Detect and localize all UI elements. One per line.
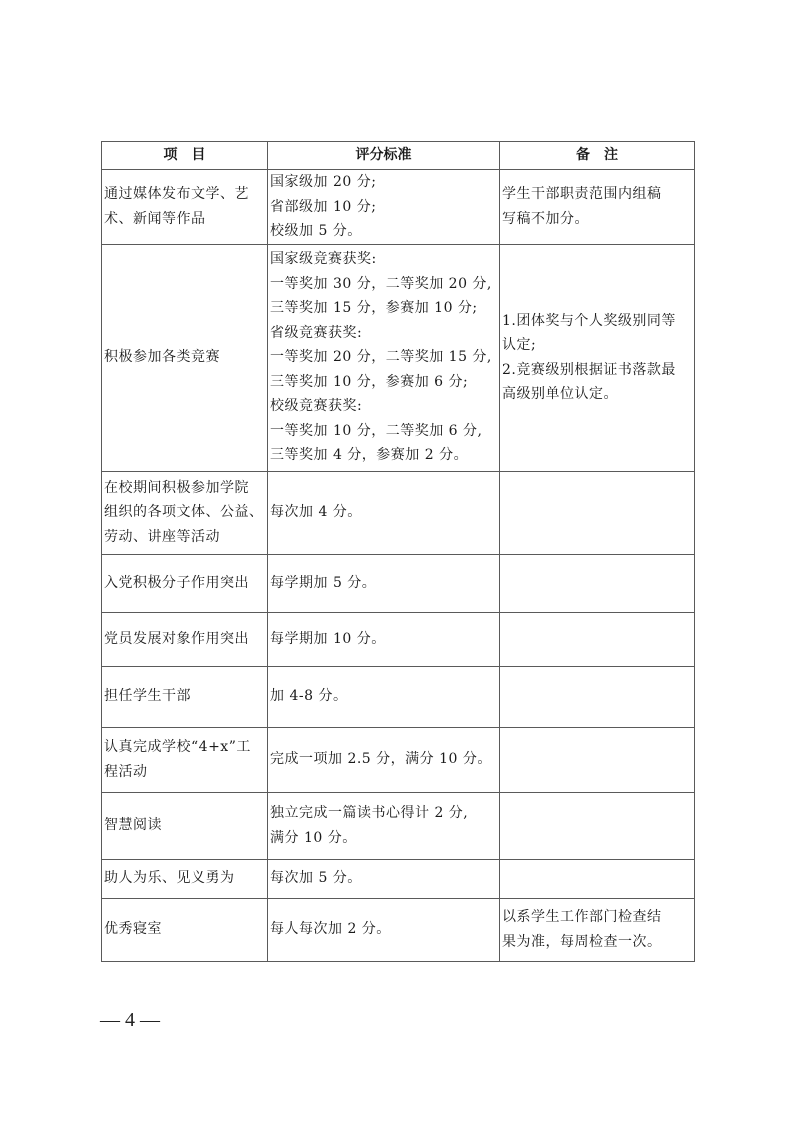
item-cell-line: 认真完成学校“4+x”工 bbox=[104, 735, 265, 760]
criteria-cell-line: 校级竞赛获奖: bbox=[270, 394, 497, 419]
note-cell-line: 果为准，每周检查一次。 bbox=[502, 930, 692, 955]
item-cell-line: 程活动 bbox=[104, 760, 265, 785]
table-row: 入党积极分子作用突出每学期加 5 分。 bbox=[102, 554, 695, 612]
item-cell: 党员发展对象作用突出 bbox=[102, 612, 268, 666]
item-cell-line: 术、新闻等作品 bbox=[104, 207, 265, 232]
table-row: 党员发展对象作用突出每学期加 10 分。 bbox=[102, 612, 695, 666]
criteria-cell: 每次加 4 分。 bbox=[268, 471, 500, 554]
table-row: 助人为乐、见义勇为每次加 5 分。 bbox=[102, 859, 695, 898]
item-cell: 在校期间积极参加学院组织的各项文体、公益、劳动、讲座等活动 bbox=[102, 471, 268, 554]
criteria-cell: 独立完成一篇读书心得计 2 分,满分 10 分。 bbox=[268, 792, 500, 859]
criteria-cell: 国家级加 20 分;省部级加 10 分;校级加 5 分。 bbox=[268, 170, 500, 245]
item-cell-line: 助人为乐、见义勇为 bbox=[104, 866, 265, 891]
item-cell: 通过媒体发布文学、艺术、新闻等作品 bbox=[102, 170, 268, 245]
item-cell: 智慧阅读 bbox=[102, 792, 268, 859]
criteria-cell-line: 省部级加 10 分; bbox=[270, 195, 497, 220]
note-cell-line: 认定; bbox=[502, 333, 692, 358]
table-row: 认真完成学校“4+x”工程活动完成一项加 2.5 分，满分 10 分。 bbox=[102, 727, 695, 792]
note-cell-line: 学生干部职责范围内组稿 bbox=[502, 182, 692, 207]
table-row: 积极参加各类竞赛国家级竞赛获奖:一等奖加 30 分，二等奖加 20 分,三等奖加… bbox=[102, 244, 695, 471]
criteria-cell: 国家级竞赛获奖:一等奖加 30 分，二等奖加 20 分,三等奖加 15 分，参赛… bbox=[268, 244, 500, 471]
item-cell-line: 智慧阅读 bbox=[104, 813, 265, 838]
criteria-cell-line: 省级竞赛获奖: bbox=[270, 321, 497, 346]
item-cell-line: 通过媒体发布文学、艺 bbox=[104, 182, 265, 207]
note-cell bbox=[500, 554, 695, 612]
criteria-cell: 加 4-8 分。 bbox=[268, 666, 500, 727]
criteria-cell: 完成一项加 2.5 分，满分 10 分。 bbox=[268, 727, 500, 792]
item-cell: 入党积极分子作用突出 bbox=[102, 554, 268, 612]
criteria-cell-line: 一等奖加 20 分，二等奖加 15 分, bbox=[270, 345, 497, 370]
note-cell-line: 高级别单位认定。 bbox=[502, 382, 692, 407]
criteria-cell: 每人每次加 2 分。 bbox=[268, 898, 500, 961]
criteria-cell-line: 加 4-8 分。 bbox=[270, 684, 497, 709]
item-cell: 认真完成学校“4+x”工程活动 bbox=[102, 727, 268, 792]
table-header-row: 项 目 评分标准 备 注 bbox=[102, 142, 695, 170]
note-cell: 以系学生工作部门检查结果为准，每周检查一次。 bbox=[500, 898, 695, 961]
item-cell-line: 在校期间积极参加学院 bbox=[104, 476, 265, 501]
item-cell-line: 组织的各项文体、公益、 bbox=[104, 500, 265, 525]
table-row: 通过媒体发布文学、艺术、新闻等作品国家级加 20 分;省部级加 10 分;校级加… bbox=[102, 170, 695, 245]
table-row: 优秀寝室每人每次加 2 分。以系学生工作部门检查结果为准，每周检查一次。 bbox=[102, 898, 695, 961]
note-cell-line: 2.竞赛级别根据证书落款最 bbox=[502, 358, 692, 383]
criteria-cell-line: 独立完成一篇读书心得计 2 分, bbox=[270, 801, 497, 826]
item-cell-line: 担任学生干部 bbox=[104, 684, 265, 709]
item-cell: 积极参加各类竞赛 bbox=[102, 244, 268, 471]
criteria-cell-line: 国家级竞赛获奖: bbox=[270, 247, 497, 272]
table-row: 在校期间积极参加学院组织的各项文体、公益、劳动、讲座等活动每次加 4 分。 bbox=[102, 471, 695, 554]
criteria-cell-line: 每人每次加 2 分。 bbox=[270, 917, 497, 942]
note-cell bbox=[500, 792, 695, 859]
note-cell bbox=[500, 859, 695, 898]
header-note: 备 注 bbox=[500, 142, 695, 170]
note-cell-line: 1.团体奖与个人奖级别同等 bbox=[502, 309, 692, 334]
criteria-cell-line: 校级加 5 分。 bbox=[270, 219, 497, 244]
item-cell: 助人为乐、见义勇为 bbox=[102, 859, 268, 898]
note-cell bbox=[500, 612, 695, 666]
item-cell-line: 入党积极分子作用突出 bbox=[104, 571, 265, 596]
note-cell: 学生干部职责范围内组稿写稿不加分。 bbox=[500, 170, 695, 245]
criteria-cell-line: 一等奖加 10 分，二等奖加 6 分, bbox=[270, 419, 497, 444]
document-page: 项 目 评分标准 备 注 通过媒体发布文学、艺术、新闻等作品国家级加 20 分;… bbox=[0, 0, 793, 1122]
note-cell bbox=[500, 471, 695, 554]
scoring-criteria-table: 项 目 评分标准 备 注 通过媒体发布文学、艺术、新闻等作品国家级加 20 分;… bbox=[101, 141, 695, 962]
note-cell bbox=[500, 727, 695, 792]
criteria-cell-line: 完成一项加 2.5 分，满分 10 分。 bbox=[270, 747, 497, 772]
header-criteria: 评分标准 bbox=[268, 142, 500, 170]
note-cell-line: 以系学生工作部门检查结 bbox=[502, 905, 692, 930]
criteria-cell-line: 三等奖加 10 分，参赛加 6 分; bbox=[270, 370, 497, 395]
item-cell-line: 劳动、讲座等活动 bbox=[104, 525, 265, 550]
table-row: 担任学生干部加 4-8 分。 bbox=[102, 666, 695, 727]
criteria-cell: 每学期加 5 分。 bbox=[268, 554, 500, 612]
criteria-cell-line: 一等奖加 30 分，二等奖加 20 分, bbox=[270, 272, 497, 297]
item-cell: 优秀寝室 bbox=[102, 898, 268, 961]
criteria-cell-line: 满分 10 分。 bbox=[270, 826, 497, 851]
page-number: — 4 — bbox=[100, 1009, 160, 1032]
criteria-cell-line: 每次加 5 分。 bbox=[270, 866, 497, 891]
criteria-cell-line: 三等奖加 15 分，参赛加 10 分; bbox=[270, 296, 497, 321]
criteria-cell-line: 每次加 4 分。 bbox=[270, 500, 497, 525]
header-item: 项 目 bbox=[102, 142, 268, 170]
table-row: 智慧阅读独立完成一篇读书心得计 2 分,满分 10 分。 bbox=[102, 792, 695, 859]
item-cell-line: 党员发展对象作用突出 bbox=[104, 627, 265, 652]
criteria-cell: 每次加 5 分。 bbox=[268, 859, 500, 898]
item-cell-line: 积极参加各类竞赛 bbox=[104, 345, 265, 370]
note-cell-line: 写稿不加分。 bbox=[502, 207, 692, 232]
note-cell bbox=[500, 666, 695, 727]
table-body: 通过媒体发布文学、艺术、新闻等作品国家级加 20 分;省部级加 10 分;校级加… bbox=[102, 170, 695, 962]
criteria-cell-line: 每学期加 5 分。 bbox=[270, 571, 497, 596]
item-cell: 担任学生干部 bbox=[102, 666, 268, 727]
criteria-cell-line: 国家级加 20 分; bbox=[270, 170, 497, 195]
item-cell-line: 优秀寝室 bbox=[104, 917, 265, 942]
criteria-cell: 每学期加 10 分。 bbox=[268, 612, 500, 666]
criteria-cell-line: 三等奖加 4 分，参赛加 2 分。 bbox=[270, 443, 497, 468]
note-cell: 1.团体奖与个人奖级别同等认定;2.竞赛级别根据证书落款最高级别单位认定。 bbox=[500, 244, 695, 471]
criteria-cell-line: 每学期加 10 分。 bbox=[270, 627, 497, 652]
